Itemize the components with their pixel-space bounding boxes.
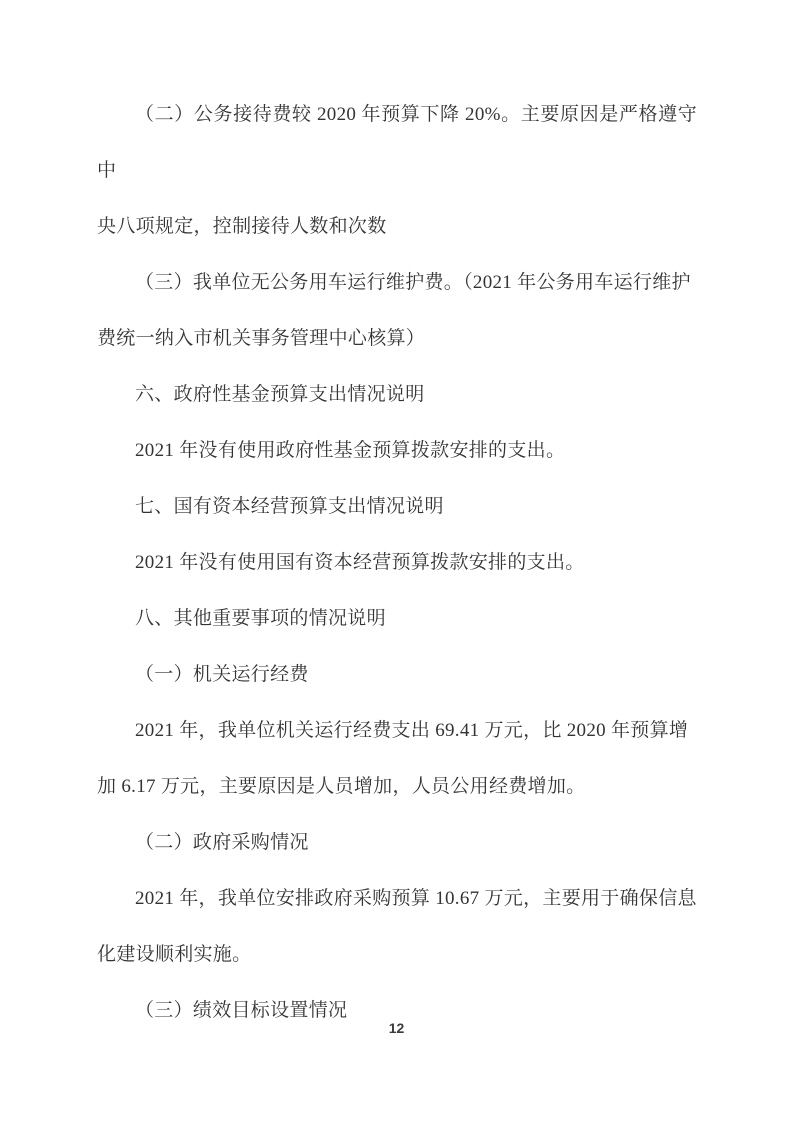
body-paragraph: 2021 年没有使用政府性基金预算拨款安排的支出。 xyxy=(97,423,697,479)
section-heading: 六、政府性基金预算支出情况说明 xyxy=(97,367,697,423)
body-paragraph: 2021 年，我单位安排政府采购预算 10.67 万元，主要用于确保信息 化建设… xyxy=(97,871,697,983)
subsection-heading: （二）政府采购情况 xyxy=(97,815,697,871)
body-paragraph: 2021 年没有使用国有资本经营预算拨款安排的支出。 xyxy=(97,535,697,591)
section-heading: 七、国有资本经营预算支出情况说明 xyxy=(97,479,697,535)
page-number: 12 xyxy=(0,1020,793,1036)
subsection-heading: （一）机关运行经费 xyxy=(97,647,697,703)
body-paragraph: （三）我单位无公务用车运行维护费。（2021 年公务用车运行维护 费统一纳入市机… xyxy=(97,255,697,367)
document-page: （二）公务接待费较 2020 年预算下降 20%。主要原因是严格遵守中 央八项规… xyxy=(0,0,793,1122)
section-heading: 八、其他重要事项的情况说明 xyxy=(97,591,697,647)
body-paragraph: 2021 年，我单位机关运行经费支出 69.41 万元，比 2020 年预算增 … xyxy=(97,703,697,815)
body-paragraph: （二）公务接待费较 2020 年预算下降 20%。主要原因是严格遵守中 央八项规… xyxy=(97,87,697,255)
document-body: （二）公务接待费较 2020 年预算下降 20%。主要原因是严格遵守中 央八项规… xyxy=(97,87,697,1039)
